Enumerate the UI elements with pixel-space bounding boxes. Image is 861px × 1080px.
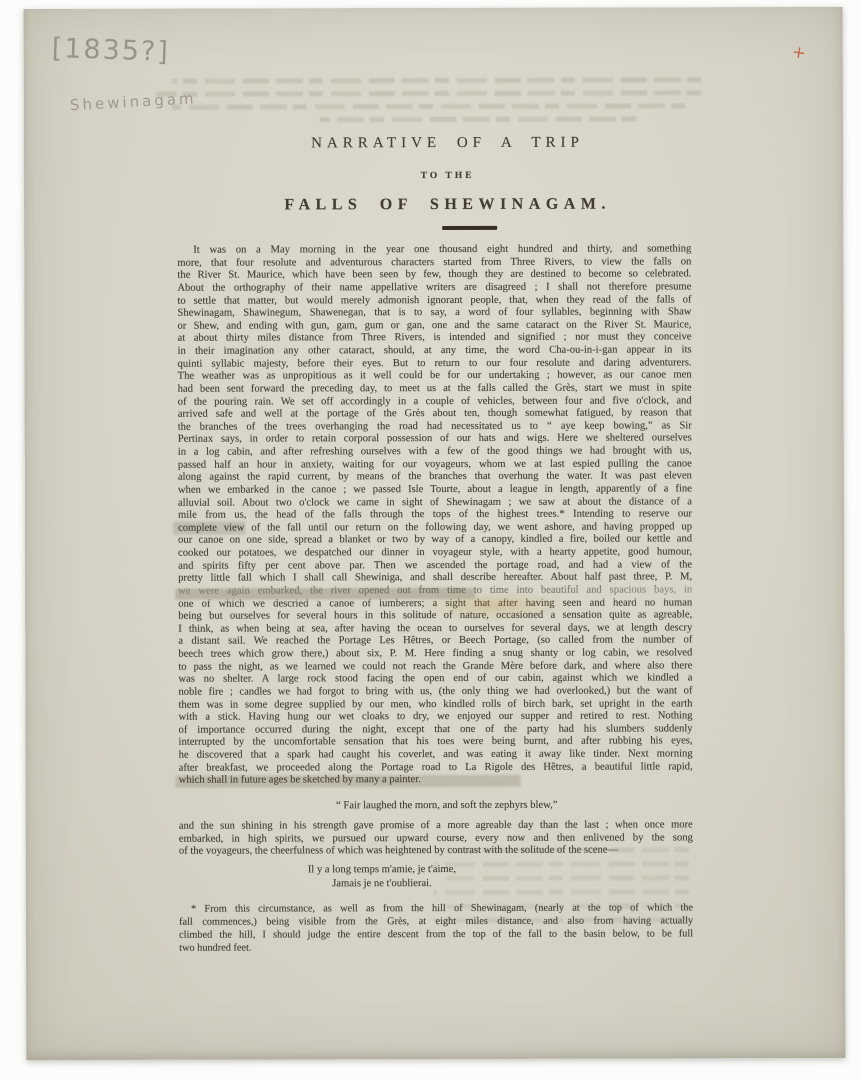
scanned-document-page: [1835?] Shewinagam + NARRATIVE OF A TRIP… xyxy=(0,0,861,1080)
text-line: About the orthography of their name appe… xyxy=(177,281,691,295)
text-line: The weather was as unpropitious as it we… xyxy=(178,370,692,384)
text-line: two hundred feet. xyxy=(179,940,693,954)
text-line: cooked our potatoes, we despatched our d… xyxy=(178,546,692,560)
title-rule xyxy=(442,226,497,230)
showthrough-line xyxy=(447,903,689,909)
showthrough-text-top xyxy=(156,77,701,130)
text-line: It was on a May morning in the year one … xyxy=(177,243,691,257)
text-line: arrived safe and well at the portage of … xyxy=(178,407,692,421)
text-line: he discovered that a spark had caught hi… xyxy=(179,748,693,762)
showthrough-line xyxy=(447,875,689,881)
text-line: in their imagination any other cataract,… xyxy=(178,344,692,358)
paper-sheet: [1835?] Shewinagam + NARRATIVE OF A TRIP… xyxy=(24,7,846,1060)
showthrough-line xyxy=(447,847,689,853)
text-line: which shall in future ages be sketched b… xyxy=(179,774,693,788)
body-paragraph: It was on a May morning in the year one … xyxy=(177,243,692,787)
text-line: after breakfast, we proceeded along the … xyxy=(179,761,693,775)
title-block: NARRATIVE OF A TRIP TO THE FALLS OF SHEW… xyxy=(24,7,843,9)
text-line: was no shelter. A large rock stood facin… xyxy=(178,673,692,687)
text-line: beech trees which grow there,) about six… xyxy=(178,647,692,661)
showthrough-text-lower xyxy=(434,847,689,932)
showthrough-line xyxy=(156,90,701,96)
showthrough-line xyxy=(434,917,689,923)
text-line: the River St. Maurice, which have been s… xyxy=(177,269,691,283)
document-title-line2: TO THE xyxy=(38,170,857,182)
text-line: pretty little fall which I shall call Sh… xyxy=(178,572,692,586)
showthrough-line xyxy=(434,861,689,867)
poem-quote-line: “ Fair laughed the morn, and soft the ze… xyxy=(190,799,704,811)
showthrough-line xyxy=(319,116,635,122)
handwritten-date-annotation: [1835?] xyxy=(51,33,170,68)
text-line: along against the rapid current, by mean… xyxy=(178,471,692,485)
text-line: in a log cabin, and after refreshing our… xyxy=(178,445,692,459)
text-line: with a stick. Having hung our wet cloaks… xyxy=(178,710,692,724)
text-line: we were again embarked, the river opened… xyxy=(178,584,692,598)
document-title-line3: FALLS OF SHEWINAGAM. xyxy=(38,195,857,215)
text-line: noble fire ; candles we had forgot to br… xyxy=(178,685,692,699)
text-line: being but ourselves for several hours in… xyxy=(178,609,692,623)
showthrough-line xyxy=(434,889,689,895)
text-line: and the sun shining in his strength gave… xyxy=(179,819,693,833)
text-line: Shewinagam, Shawinegum, Shawenegan, that… xyxy=(177,306,691,320)
text-line: when we embarked in the canoe ; we passe… xyxy=(178,483,692,497)
document-title-line1: NARRATIVE OF A TRIP xyxy=(38,134,857,153)
text-line: mile from us, the head of the falls thro… xyxy=(178,508,692,522)
text-line: had been sent forward the preceding day,… xyxy=(178,382,692,396)
showthrough-line xyxy=(172,77,701,83)
red-cross-mark: + xyxy=(790,42,807,64)
showthrough-line xyxy=(172,103,684,109)
